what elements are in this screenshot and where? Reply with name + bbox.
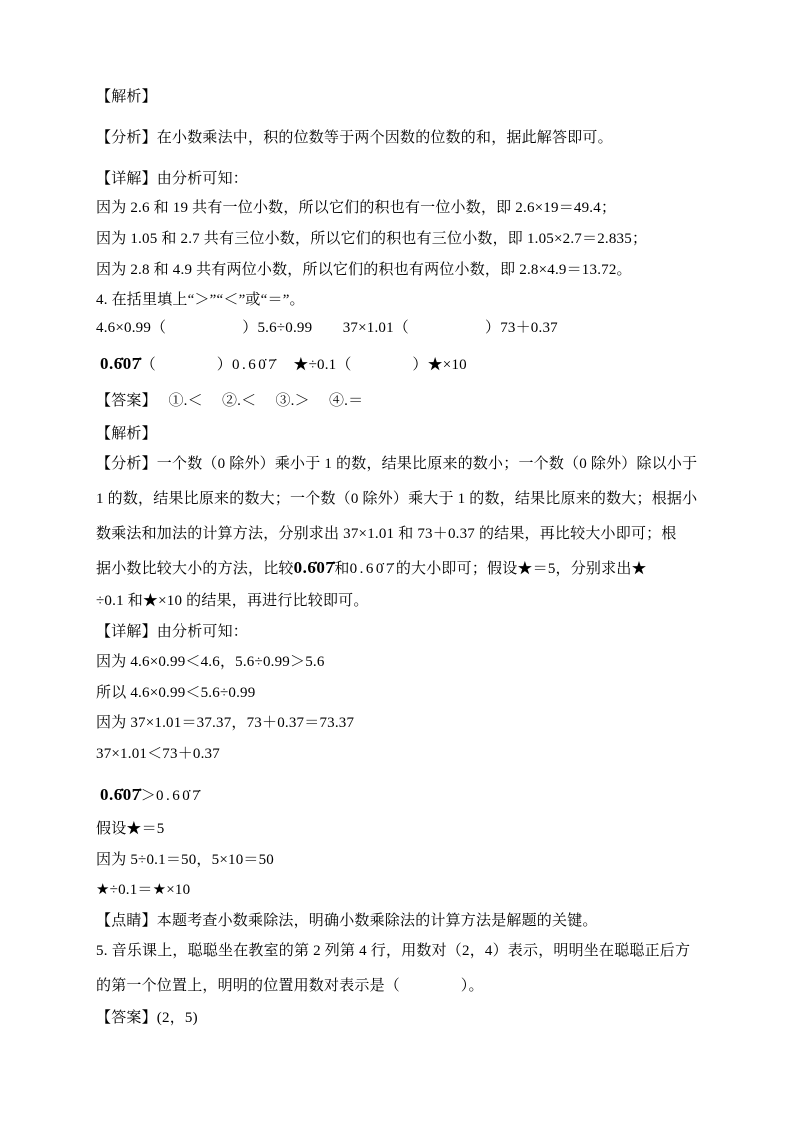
- section-label-analysis: 【解析】: [96, 88, 157, 107]
- text-run: 【分析】一个数（0 除外）乘小于 1 的数，结果比原来的数小；一个数（0 除外）…: [96, 456, 697, 472]
- text-run: ＞: [141, 788, 156, 804]
- analysis-text: 数乘法和加法的计算方法，分别求出 37×1.01 和 73＋0.37 的结果，再…: [96, 525, 677, 544]
- question-expression-row: 0.6̇07̇（ ）0.60̇7̇ ★÷0.1（ ）★×10: [100, 353, 467, 375]
- repeating-decimal: 0.60̇7̇: [350, 561, 396, 577]
- text-run: 据小数比较大小的方法，比较: [96, 561, 294, 577]
- detail-text: 因为 2.8 和 4.9 共有两位小数，所以它们的积也有两位小数，即 2.8×4…: [96, 261, 632, 280]
- detail-comparison: 0.6̇07̇＞0.60̇7̇: [100, 784, 202, 806]
- text-run: 【答案】 ①.＜ ②.＜ ③.＞ ④.＝: [96, 393, 363, 409]
- repeating-decimal-bold: 0.6̇07̇: [100, 785, 141, 804]
- text-run: ★÷0.1（ ）★×10: [278, 357, 467, 373]
- text-run: ★÷0.1＝★×10: [96, 882, 190, 898]
- analysis-text: 据小数比较大小的方法，比较0.6̇07̇和0.60̇7̇的大小即可；假设★＝5，…: [96, 557, 647, 579]
- question-expression-row: 4.6×0.99（ ）5.6÷0.99 37×1.01（ ）73＋0.37: [96, 319, 558, 338]
- text-run: 1 的数，结果比原来的数大；一个数（0 除外）乘大于 1 的数，结果比原来的数大…: [96, 491, 697, 507]
- text-run: 因为 2.6 和 19 共有一位小数，所以它们的积也有一位小数，即 2.6×19…: [96, 200, 616, 216]
- text-run: （ ）: [141, 357, 232, 373]
- repeating-decimal: 0.60̇7̇: [232, 357, 278, 373]
- section-label-analysis: 【解析】: [96, 425, 157, 444]
- text-run: 的大小即可；假设★＝5，分别求出★: [396, 561, 647, 577]
- detail-text: ★÷0.1＝★×10: [96, 881, 190, 900]
- question-stem: 5. 音乐课上，聪聪坐在教室的第 2 列第 4 行，用数对（2，4）表示，明明坐…: [96, 942, 690, 961]
- text-run: 因为 37×1.01＝37.37，73＋0.37＝73.37: [96, 715, 354, 731]
- text-run: 4.6×0.99（ ）5.6÷0.99 37×1.01（ ）73＋0.37: [96, 320, 558, 336]
- text-run: 【解析】: [96, 426, 157, 442]
- detail-text: 假设★＝5: [96, 820, 165, 839]
- text-run: 5. 音乐课上，聪聪坐在教室的第 2 列第 4 行，用数对（2，4）表示，明明坐…: [96, 943, 690, 959]
- text-run: 因为 4.6×0.99＜4.6，5.6÷0.99＞5.6: [96, 654, 325, 670]
- text-run: 【答案】(2，5): [96, 1010, 198, 1026]
- repeating-decimal-bold: 0.6̇07̇: [294, 558, 335, 577]
- text-run: 37×1.01＜73＋0.37: [96, 746, 220, 762]
- answer-line: 【答案】 ①.＜ ②.＜ ③.＞ ④.＝: [96, 392, 363, 411]
- question-stem: 4. 在括里填上“＞”“＜”或“＝”。: [96, 291, 305, 310]
- document-page: 【解析】 【分析】在小数乘法中，积的位数等于两个因数的位数的和，据此解答即可。 …: [0, 0, 794, 1123]
- detail-text: 因为 5÷0.1＝50，5×10＝50: [96, 851, 274, 870]
- text-run: 和: [334, 561, 349, 577]
- text-run: 【点睛】本题考查小数乘除法，明确小数乘除法的计算方法是解题的关键。: [96, 913, 598, 929]
- question-stem: 的第一个位置上，明明的位置用数对表示是（ ）。: [96, 977, 484, 996]
- detail-text: 所以 4.6×0.99＜5.6÷0.99: [96, 684, 255, 703]
- text-run: 4. 在括里填上“＞”“＜”或“＝”。: [96, 292, 305, 308]
- detail-text: 37×1.01＜73＋0.37: [96, 745, 220, 764]
- analysis-text: 1 的数，结果比原来的数大；一个数（0 除外）乘大于 1 的数，结果比原来的数大…: [96, 490, 697, 509]
- analysis-text: 【分析】一个数（0 除外）乘小于 1 的数，结果比原来的数小；一个数（0 除外）…: [96, 455, 697, 474]
- text-run: 【解析】: [96, 89, 157, 105]
- detail-text: 因为 1.05 和 2.7 共有三位小数，所以它们的积也有三位小数，即 1.05…: [96, 230, 647, 249]
- repeating-decimal-bold: 0.6̇07̇: [100, 354, 141, 373]
- repeating-decimal: 0.60̇7̇: [156, 788, 202, 804]
- analysis-text: 【分析】在小数乘法中，积的位数等于两个因数的位数的和，据此解答即可。: [96, 129, 613, 148]
- text-run: 的第一个位置上，明明的位置用数对表示是（ ）。: [96, 978, 484, 994]
- detail-text: 因为 37×1.01＝37.37，73＋0.37＝73.37: [96, 714, 354, 733]
- text-run: ÷0.1 和★×10 的结果，再进行比较即可。: [96, 593, 369, 609]
- text-run: 因为 5÷0.1＝50，5×10＝50: [96, 852, 274, 868]
- text-run: 【详解】由分析可知：: [96, 624, 248, 640]
- text-run: 假设★＝5: [96, 821, 165, 837]
- text-run: 因为 2.8 和 4.9 共有两位小数，所以它们的积也有两位小数，即 2.8×4…: [96, 262, 632, 278]
- text-run: 【详解】由分析可知：: [96, 171, 248, 187]
- analysis-text: ÷0.1 和★×10 的结果，再进行比较即可。: [96, 592, 369, 611]
- text-run: 所以 4.6×0.99＜5.6÷0.99: [96, 685, 255, 701]
- detail-label: 【详解】由分析可知：: [96, 170, 248, 189]
- answer-line: 【答案】(2，5): [96, 1009, 198, 1028]
- text-run: 因为 1.05 和 2.7 共有三位小数，所以它们的积也有三位小数，即 1.05…: [96, 231, 647, 247]
- text-run: 【分析】在小数乘法中，积的位数等于两个因数的位数的和，据此解答即可。: [96, 130, 613, 146]
- text-run: 数乘法和加法的计算方法，分别求出 37×1.01 和 73＋0.37 的结果，再…: [96, 526, 677, 542]
- detail-text: 因为 2.6 和 19 共有一位小数，所以它们的积也有一位小数，即 2.6×19…: [96, 199, 616, 218]
- detail-text: 因为 4.6×0.99＜4.6，5.6÷0.99＞5.6: [96, 653, 325, 672]
- detail-label: 【详解】由分析可知：: [96, 623, 248, 642]
- note-line: 【点睛】本题考查小数乘除法，明确小数乘除法的计算方法是解题的关键。: [96, 912, 598, 931]
